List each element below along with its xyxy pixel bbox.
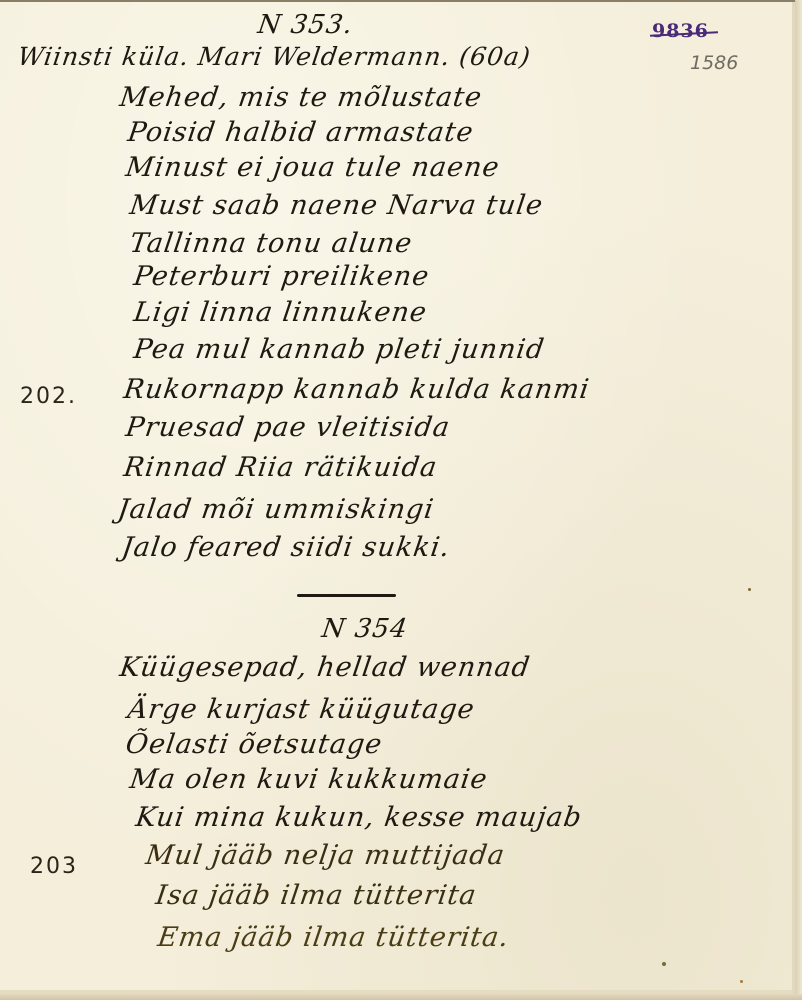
song-353-line-8: Pea mul kannab pleti junnid [132, 334, 547, 365]
song-354-line-3: Õelasti õetsutage [124, 729, 385, 760]
archive-stamp-number: 9836 [652, 20, 709, 42]
paper-speck [662, 962, 666, 966]
song-354-line-6: Mul jääb nelja muttijada [144, 840, 507, 871]
song-354-line-1: Küügesepad, hellad wennad [118, 652, 532, 683]
song-353-line-4: Must saab naene Narva tule [128, 190, 545, 221]
song-353-line-6: Peterburi preilikene [132, 261, 432, 292]
song-353-line-5: Tallinna tonu alune [128, 228, 415, 259]
song-354-number: N 354 [320, 614, 410, 644]
song-354-line-7: Isa jääb ilma tütterita [154, 880, 479, 911]
page-edge-bottom [0, 994, 802, 1000]
paper-speck [740, 980, 743, 983]
song-354-line-2: Ärge kurjast küügutage [126, 694, 477, 725]
song-353-line-9: Rukornapp kannab kulda kanmi [122, 374, 592, 405]
page-edge-right [795, 0, 802, 1000]
margin-number-203: 203 [30, 854, 78, 879]
song-354-line-4: Ma olen kuvi kukkumaie [128, 764, 490, 795]
song-353-number: N 353. [256, 10, 355, 40]
song-353-line-1: Mehed, mis te mõlustate [118, 82, 484, 113]
song-353-line-13: Jalo feared siidi sukki. [120, 532, 452, 563]
song-353-line-10: Pruesad pae vleitisida [124, 412, 452, 443]
song-353-line-7: Ligi linna linnukene [132, 297, 429, 328]
section-divider [297, 594, 396, 597]
song-353-line-3: Minust ei joua tule naene [124, 152, 502, 183]
paper-speck [748, 588, 751, 591]
song-354-line-8: Ema jääb ilma tütterita. [156, 922, 511, 953]
song-353-line-2: Poisid halbid armastate [126, 117, 476, 148]
song-353-heading: Wiinsti küla. Mari Weldermann. (60a) [16, 42, 533, 71]
pencil-archive-number: 1586 [690, 52, 738, 74]
song-353-line-11: Rinnad Riia rätikuida [122, 452, 440, 483]
margin-number-202: 202. [20, 384, 77, 409]
song-354-line-5: Kui mina kukun, kesse maujab [134, 802, 584, 833]
song-353-line-12: Jalad mõi ummiskingi [116, 494, 436, 525]
manuscript-page: 9836 1586 N 353. Wiinsti küla. Mari Weld… [0, 2, 795, 994]
